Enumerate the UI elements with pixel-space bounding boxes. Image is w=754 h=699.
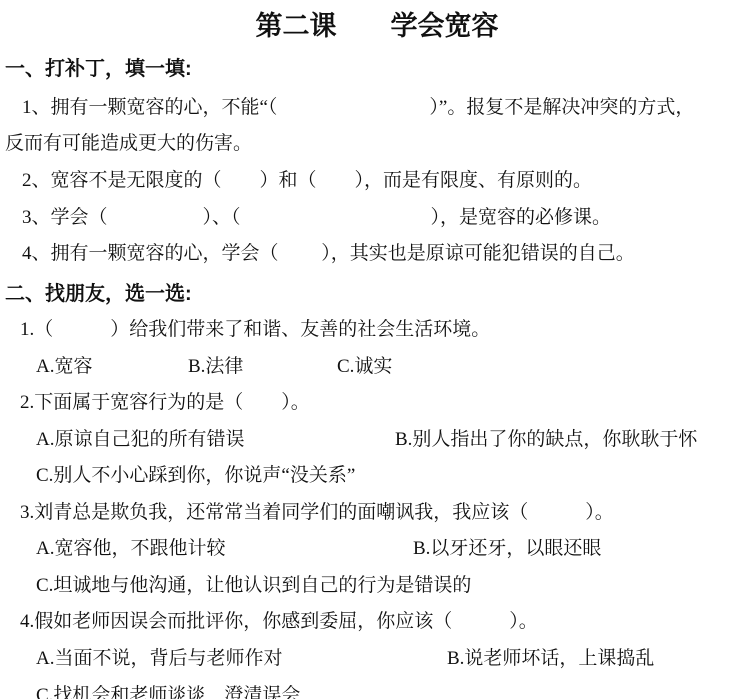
- section2-q3-stem: 3.刘青总是欺负我，还常常当着同学们的面嘲讽我，我应该（ ）。: [20, 502, 614, 524]
- section2-q1-stem: 1.（ ）给我们带来了和谐、友善的社会生活环境。: [20, 319, 490, 341]
- section2-q1-option-a: A.宽容: [36, 356, 92, 378]
- section2-q2-option-c: C.别人不小心踩到你，你说声“没关系”: [36, 465, 355, 487]
- section1-q1-line2: 反而有可能造成更大的伤害。: [5, 133, 252, 155]
- section2-q3-option-b: B.以牙还牙，以眼还眼: [413, 538, 601, 560]
- section2-q3-option-c: C.坦诚地与他沟通，让他认识到自己的行为是错误的: [36, 575, 471, 597]
- section2-q1-option-b: B.法律: [188, 356, 243, 378]
- section1-q3: 3、学会（ ）、（ ），是宽容的必修课。: [22, 207, 611, 229]
- section1-heading: 一、打补丁，填一填:: [5, 57, 192, 81]
- section2-q4-option-b: B.说老师坏话，上课捣乱: [447, 648, 654, 670]
- section2-q1-option-c: C.诚实: [337, 356, 392, 378]
- section2-heading: 二、找朋友，选一选:: [5, 282, 192, 306]
- page-title: 第二课 学会宽容: [0, 10, 754, 42]
- section1-q2: 2、宽容不是无限度的（ ）和（ ），而是有限度、有原则的。: [22, 170, 592, 192]
- section2-q4-option-c: C.找机会和老师谈谈，澄清误会: [36, 685, 300, 699]
- section1-q1-line1: 1、拥有一颗宽容的心，不能“（ ）”。报复不是解决冲突的方式，: [22, 97, 694, 119]
- section2-q2-stem: 2.下面属于宽容行为的是（ ）。: [20, 392, 310, 414]
- section2-q3-option-a: A.宽容他，不跟他计较: [36, 538, 225, 560]
- worksheet-page: 第二课 学会宽容 一、打补丁，填一填: 1、拥有一颗宽容的心，不能“（ ）”。报…: [0, 0, 754, 699]
- section2-q2-option-b: B.别人指出了你的缺点，你耿耿于怀: [395, 429, 697, 451]
- section2-q2-option-a: A.原谅自己犯的所有错误: [36, 429, 244, 451]
- section1-q4: 4、拥有一颗宽容的心，学会（ ），其实也是原谅可能犯错误的自己。: [22, 243, 635, 265]
- section2-q4-stem: 4.假如老师因误会而批评你，你感到委屈，你应该（ ）。: [20, 611, 538, 633]
- section2-q4-option-a: A.当面不说，背后与老师作对: [36, 648, 282, 670]
